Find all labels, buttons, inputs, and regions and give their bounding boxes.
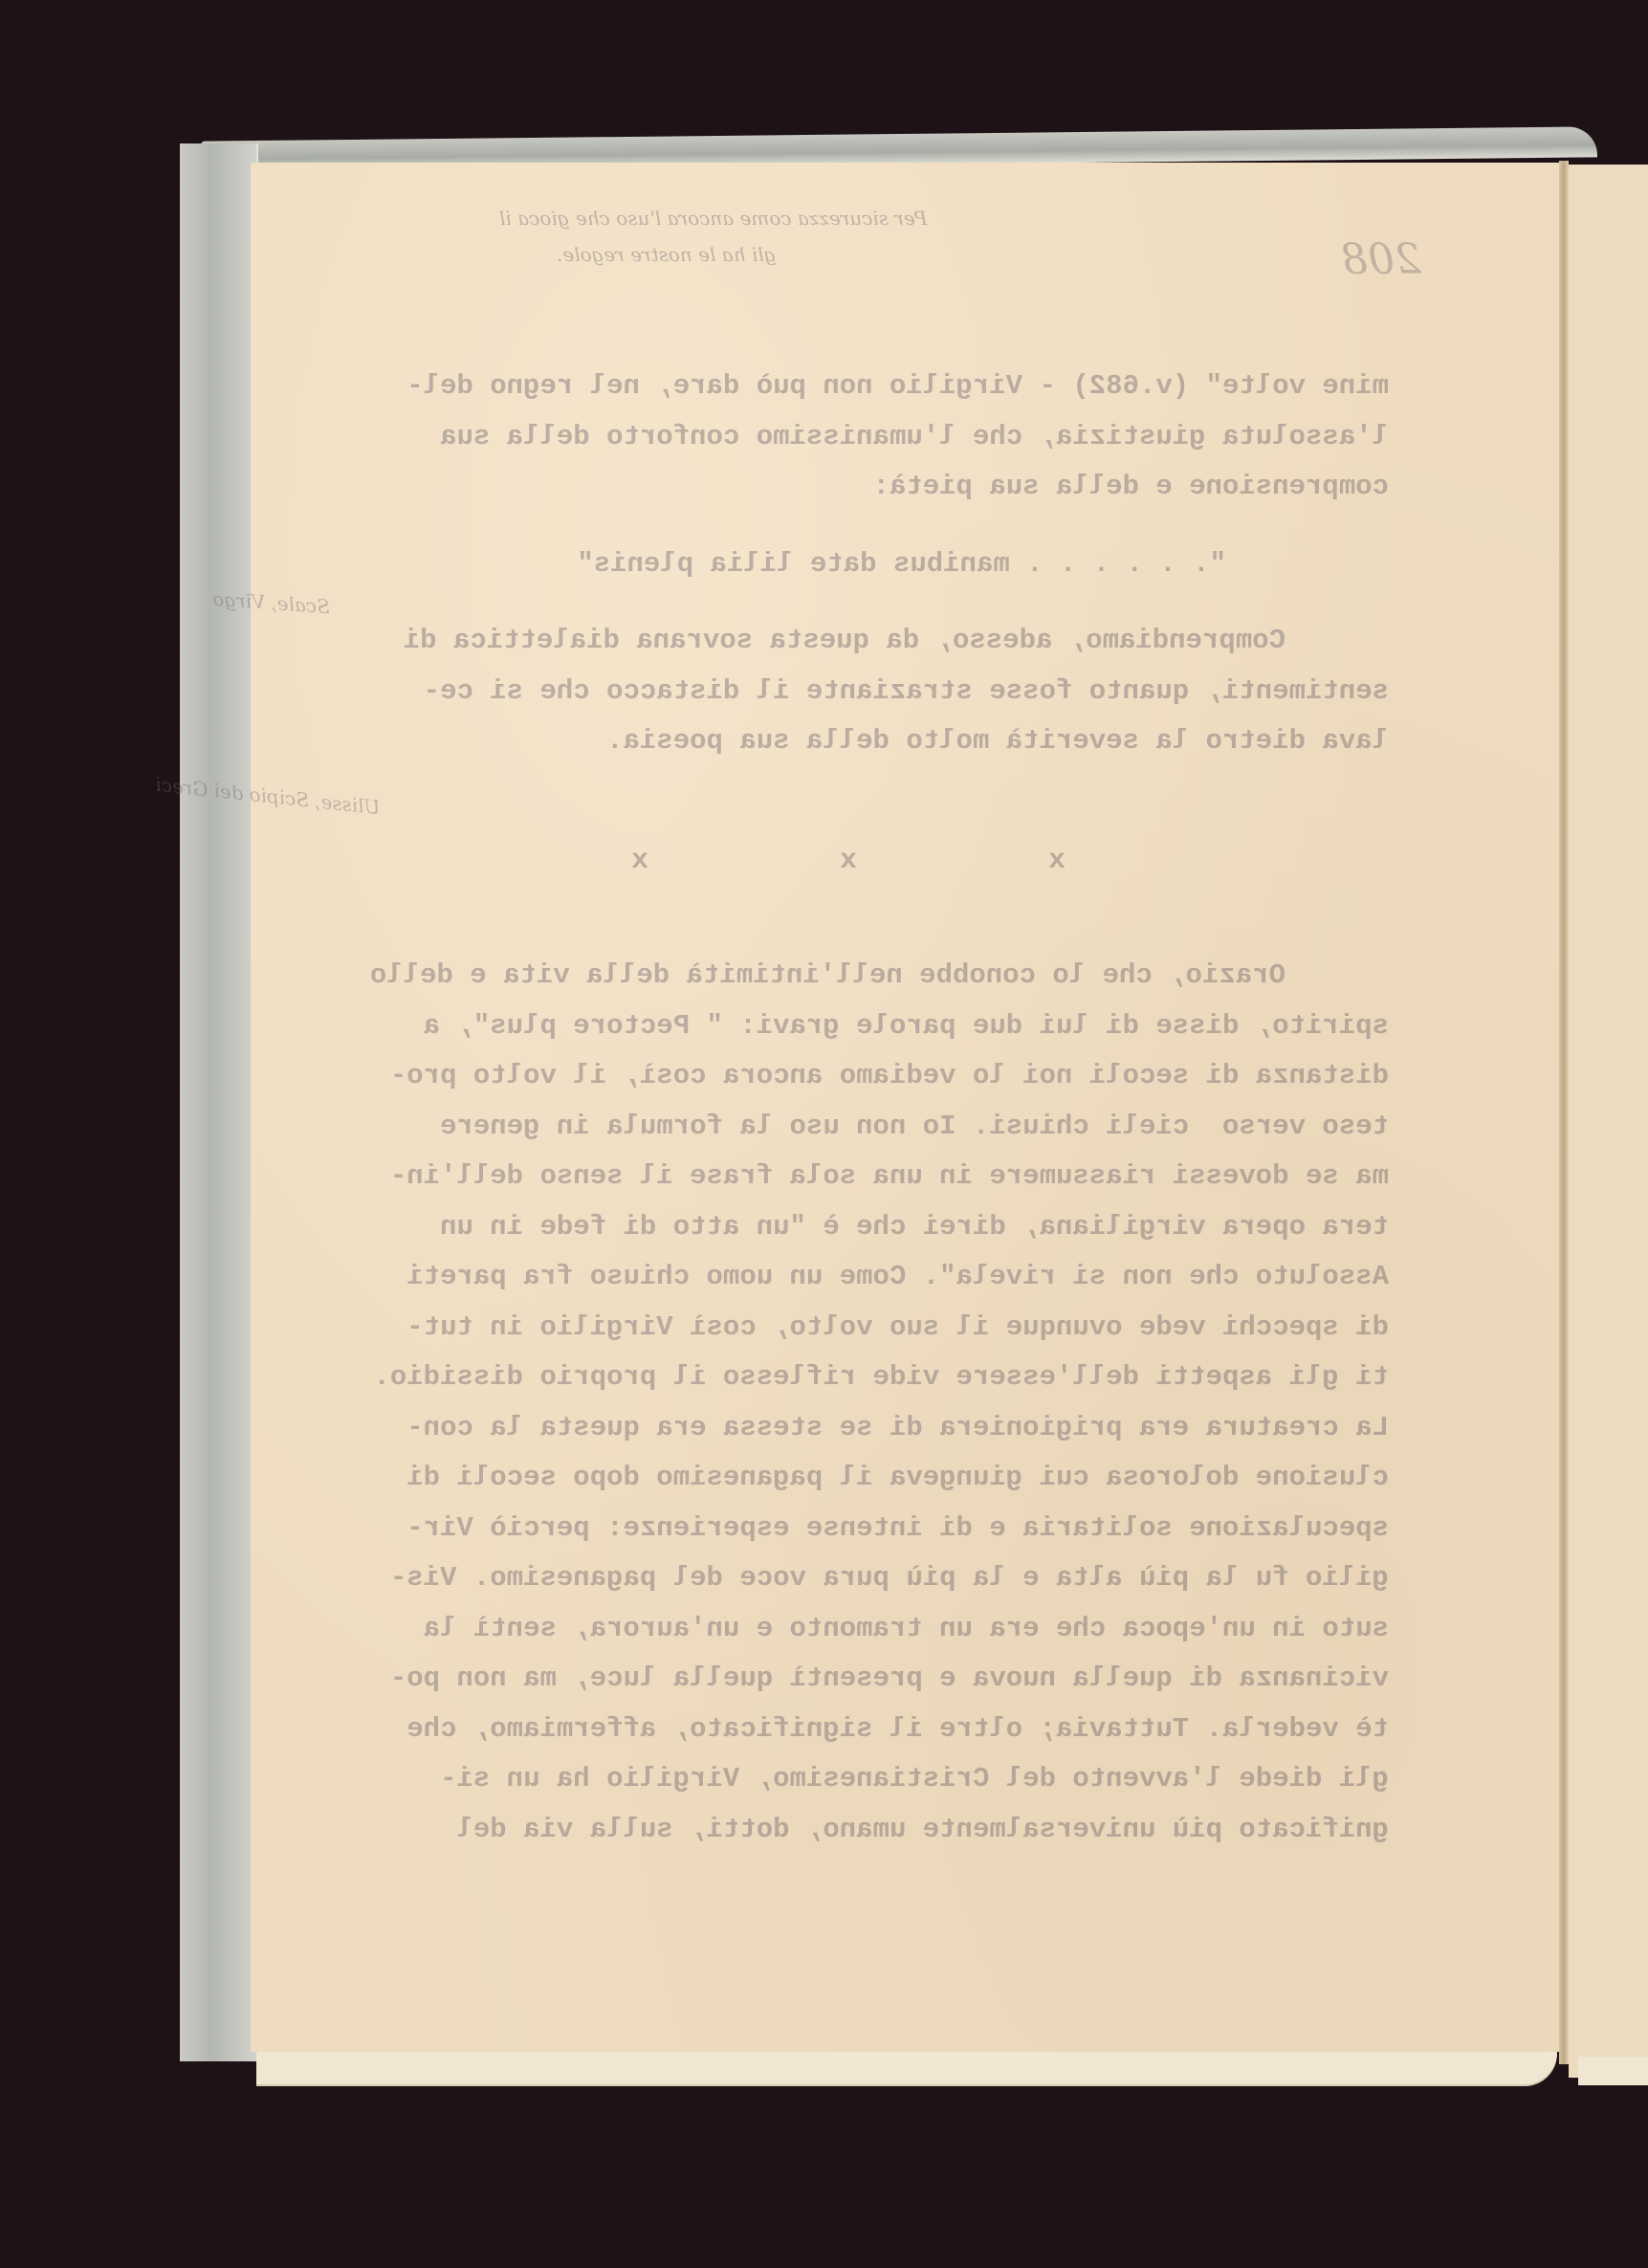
mirrored-bleed-through-text: 208 Per sicurezza come ancora l'uso che … [251,163,1561,2052]
text-line: distanza di secoli noi lo vediamo ancora… [308,1051,1389,1102]
text-line: clusione dolorosa cui giungeva il pagane… [308,1453,1389,1504]
text-line: gnificato più universalmente umano, dott… [308,1805,1389,1856]
text-line: La creatura era prigioniera di se stessa… [308,1403,1389,1454]
text-line: teso verso cieli chiusi. Io non uso la f… [308,1102,1389,1153]
paragraph-comprendiamo: Comprendiamo, adesso, da questa sovrana … [308,616,1389,767]
text-line: tè vederla. Tuttavia; oltre il significa… [308,1705,1389,1755]
separator-mark: x [631,836,648,887]
text-line: lava dietro la severità molto della sua … [308,716,1389,767]
text-line: mine volte" (v.682) - Virgilio non può d… [308,362,1389,412]
text-line: Assoluto che non si rivela". Come un uom… [308,1252,1389,1303]
text-line: vicinanza di quella nuova e presentì que… [308,1654,1389,1705]
text-line: gilio fu la più alta e la più pura voce … [308,1553,1389,1604]
handwritten-note-top-1: Per sicurezza come ancora l'uso che gioc… [499,207,927,230]
text-line: Orazio, che lo conobbe nell'intimità del… [308,951,1389,1002]
page-number: 208 [1341,235,1421,284]
text-line: tera opera virgiliana, direi che è "un a… [308,1202,1389,1253]
text-line: ma se dovessi riassumere in una sola fra… [308,1152,1389,1202]
text-line: l'assoluta giustizia, che l'umanissimo c… [308,412,1389,463]
text-line: suto in un'epoca che era un tramonto e u… [308,1604,1389,1655]
text-line: gli diede l'avvento del Cristianesimo, V… [308,1754,1389,1805]
quote-text: ". . . . . . manibus date lilia plenis" [308,539,1226,590]
latin-quote: ". . . . . . manibus date lilia plenis" [308,539,1389,590]
separator-mark: x [1048,836,1066,887]
typewritten-body: mine volte" (v.682) - Virgilio non può d… [308,362,1389,1855]
facing-page-edge [1569,165,1648,2078]
text-line: Comprendiamo, adesso, da questa sovrana … [308,616,1389,667]
page-bottom-fold [256,2052,1557,2084]
text-line: di specchi vede ovunque il suo volto, co… [308,1303,1389,1354]
text-line: sentimenti, quanto fosse straziante il d… [308,667,1389,717]
paragraph-orazio: Orazio, che lo conobbe nell'intimità del… [308,951,1389,1855]
separator-mark: x [840,836,857,887]
page-stack-left-edge [180,143,258,2061]
section-separator: x x x [308,836,1389,887]
text-line: spirito, disse di lui due parole gravi: … [308,1002,1389,1052]
text-line: ti gli aspetti dell'essere vide riflesso… [308,1353,1389,1403]
text-line: speculazione solitaria e di intense espe… [308,1504,1389,1554]
paragraph-continuation: mine volte" (v.682) - Virgilio non può d… [308,362,1389,513]
facing-page-bottom-fold [1578,2057,1648,2085]
text-line: comprensione e della sua pietà: [308,462,1389,513]
handwritten-note-top-2: gli ha le nostre regole. [557,243,777,266]
